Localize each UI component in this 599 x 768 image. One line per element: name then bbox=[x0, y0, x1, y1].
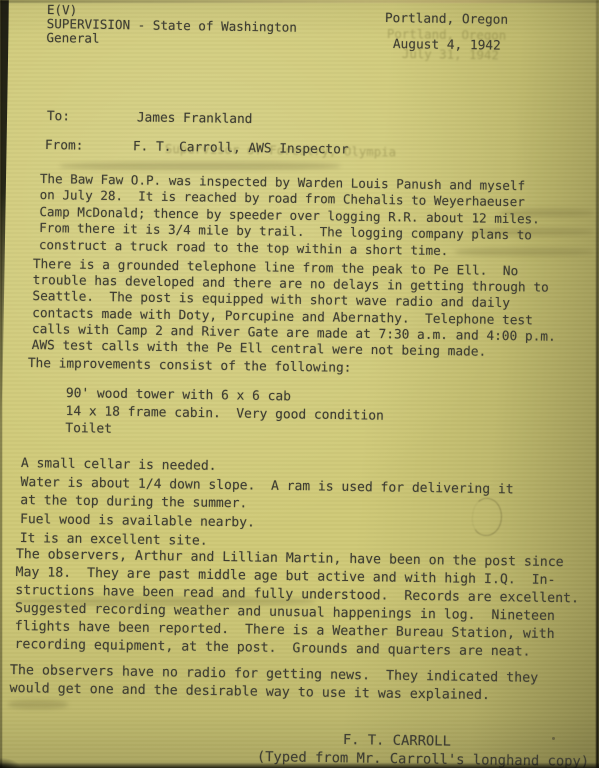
place-line: Portland, Oregon bbox=[385, 11, 509, 29]
to-label: To: bbox=[47, 109, 137, 127]
signature-name: F. T. CARROLL bbox=[343, 732, 451, 751]
document-photo: Portland, Oregon July 31, 1942 Superviso… bbox=[0, 0, 599, 768]
letter-place: Portland, Oregon bbox=[385, 11, 509, 29]
to-row: To:James Frankland bbox=[47, 109, 253, 128]
body-line: The improvements consist of the followin… bbox=[28, 356, 352, 377]
paragraph-radio: The observers have no radio for getting … bbox=[9, 662, 538, 706]
from-label: From: bbox=[45, 138, 133, 156]
signature-name-line: F. T. CARROLL bbox=[343, 732, 451, 751]
bleed-smudge bbox=[60, 162, 340, 170]
photo-dark-corner-bottom-left bbox=[0, 753, 30, 768]
paragraph-observers: The observers, Arthur and Lillian Martin… bbox=[14, 546, 579, 662]
letter-header: E(V) SUPERVISION - State of Washington G… bbox=[46, 3, 297, 49]
photo-dark-edge-left-thin bbox=[0, 0, 2, 768]
to-value: James Frankland bbox=[137, 110, 253, 127]
photo-dark-edge-bottom bbox=[0, 762, 599, 768]
photo-dark-edge-top bbox=[0, 0, 599, 3]
ink-speck bbox=[552, 737, 555, 740]
improvements-list: 90' wood tower with 6 x 6 cab 14 x 18 fr… bbox=[65, 385, 384, 442]
bleed-smudge bbox=[8, 700, 68, 709]
from-value: F. T. Carroll, AWS Inspector bbox=[133, 139, 349, 157]
paragraph-inspection: The Baw Faw O.P. was inspected by Warden… bbox=[39, 171, 541, 260]
paragraph-site: A small cellar is needed. Water is about… bbox=[20, 455, 514, 556]
paragraph-telephone: There is a grounded telephone line from … bbox=[32, 257, 557, 362]
date-line: August 4, 1942 bbox=[393, 37, 501, 55]
from-row: From:F. T. Carroll, AWS Inspector bbox=[45, 138, 349, 159]
improvements-intro: The improvements consist of the followin… bbox=[28, 356, 352, 377]
letter-date: August 4, 1942 bbox=[393, 37, 501, 55]
